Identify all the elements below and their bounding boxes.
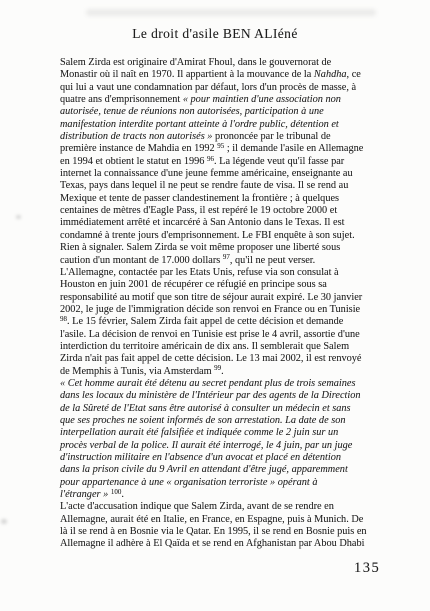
- scan-smudge: [1, 519, 7, 524]
- text-line: responsabilité au motif que son titre de…: [60, 292, 369, 304]
- text-line: d'instruction militaire en l'absence d'u…: [60, 452, 369, 464]
- text-line: distribution de tracts non autorisés » p…: [60, 131, 369, 143]
- text-line: immédiatement arrêté et incarcéré à San …: [60, 217, 369, 229]
- text-line: première instance de Mahdia en 1992 95 ;…: [60, 143, 369, 155]
- text-line: internet la connaissance d'une jeune fem…: [60, 168, 369, 180]
- text-line: pour appartenance à une « organisation t…: [60, 477, 369, 489]
- text-line: là il se rend à en Bosnie via le Qatar. …: [60, 526, 369, 538]
- body-text: Salem Zirda est originaire d'Amirat Fhou…: [60, 57, 369, 551]
- text-line: Salem Zirda est originaire d'Amirat Fhou…: [60, 57, 369, 69]
- text-line: « Cet homme aurait été détenu au secret …: [60, 378, 369, 390]
- text-line: interpellation aurait été falsifiée et i…: [60, 427, 369, 439]
- text-line: de la Sûreté de l'Etat sans être autoris…: [60, 403, 369, 415]
- footnote-ref: 100: [111, 488, 122, 496]
- page-number: 135: [354, 560, 380, 577]
- text-line: quatre ans d'emprisonnement « pour maint…: [60, 94, 369, 106]
- text-line: de Memphis à Tunis, via Amsterdam 99.: [60, 366, 369, 378]
- paragraph: « Cet homme aurait été détenu au secret …: [60, 378, 369, 501]
- text-line: Houston en juin 2001 de récupérer ce réf…: [60, 279, 369, 291]
- text-line: interdiction du territoire américain de …: [60, 341, 369, 353]
- text-line: 2002, le juge de l'immigration décide so…: [60, 304, 369, 316]
- paragraph: Salem Zirda est originaire d'Amirat Fhou…: [60, 57, 369, 378]
- footnote-ref: 96: [207, 155, 214, 163]
- footnote-ref: 97: [223, 253, 230, 261]
- text-line: Monastir où il naît en 1970. Il appartie…: [60, 69, 369, 81]
- text-line: caution d'un montant de 17.000 dollars 9…: [60, 255, 369, 267]
- document-page: Le droit d'asile BEN ALIéné Salem Zirda …: [0, 0, 430, 611]
- text-line: l'étranger » 100.: [60, 489, 369, 501]
- scan-smudge: [16, 215, 21, 219]
- text-line: 98. Le 15 février, Salem Zirda fait appe…: [60, 316, 369, 328]
- text-line: que ses proches ne soient informés de so…: [60, 415, 369, 427]
- text-line: qui lui a vaut une condamnation par défa…: [60, 82, 369, 94]
- text-line: l'asile. La décision de renvoi en Tunisi…: [60, 329, 369, 341]
- text-line: procès verbal de la police. Il aurait ét…: [60, 440, 369, 452]
- text-line: L'acte d'accusation indique que Salem Zi…: [60, 501, 369, 513]
- text-line: dans les locaux du ministère de l'Intéri…: [60, 390, 369, 402]
- text-line: autorisée, tenue de réunions non autoris…: [60, 106, 369, 118]
- text-line: centaines de mètres d'Eagle Pass, il est…: [60, 205, 369, 217]
- text-line: dans la prison civile du 9 Avril en atte…: [60, 464, 369, 476]
- footnote-ref: 99: [214, 364, 221, 372]
- text-line: Allemagne, aurait été en Italie, en Fran…: [60, 514, 369, 526]
- showthrough-artifact: [86, 9, 376, 16]
- footnote-ref: 98: [60, 315, 67, 323]
- paragraph: L'acte d'accusation indique que Salem Zi…: [60, 501, 369, 550]
- text-line: Rien à signaler. Salem Zirda se voit mêm…: [60, 242, 369, 254]
- footnote-ref: 95: [217, 142, 224, 150]
- text-line: L'Allemagne, contactée par les Etats Uni…: [60, 267, 369, 279]
- text-line: Mexique et tente de passer clandestineme…: [60, 193, 369, 205]
- text-line: Allemagne il adhère à El Qaïda et se ren…: [60, 538, 369, 550]
- text-line: en 1994 et obtient le statut en 1996 96.…: [60, 156, 369, 168]
- text-line: condamné à trente jours d'emprisonnement…: [60, 230, 369, 242]
- text-line: manifestation interdite portant atteinte…: [60, 119, 369, 131]
- page-title: Le droit d'asile BEN ALIéné: [0, 26, 430, 42]
- text-line: Texas, pays dans lequel il ne peut se re…: [60, 180, 369, 192]
